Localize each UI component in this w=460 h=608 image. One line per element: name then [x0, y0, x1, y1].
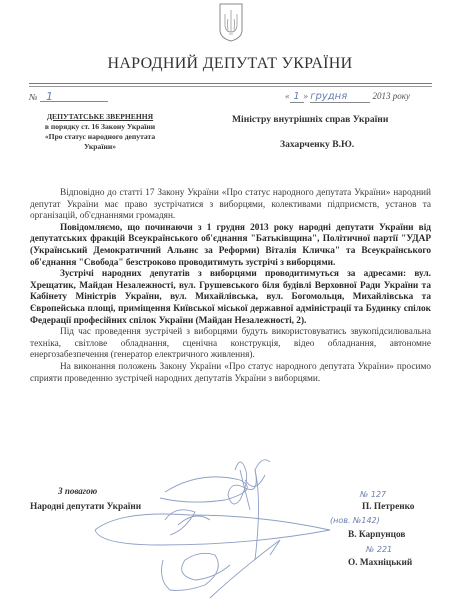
signatory-2-note: (нов. №142): [330, 516, 380, 525]
signatory-1-note: № 127: [360, 490, 386, 499]
signatory-2-name: В. Карпунцов: [348, 530, 405, 540]
signatory-1-name: П. Петренко: [362, 502, 414, 512]
handwritten-signatures-icon: [0, 0, 460, 608]
closing-regards: З повагою: [58, 486, 97, 496]
signatory-3-name: О. Махніцький: [348, 558, 412, 568]
signatory-3-note: № 221: [366, 545, 392, 554]
signers-label: Народні депутати України: [30, 502, 141, 512]
